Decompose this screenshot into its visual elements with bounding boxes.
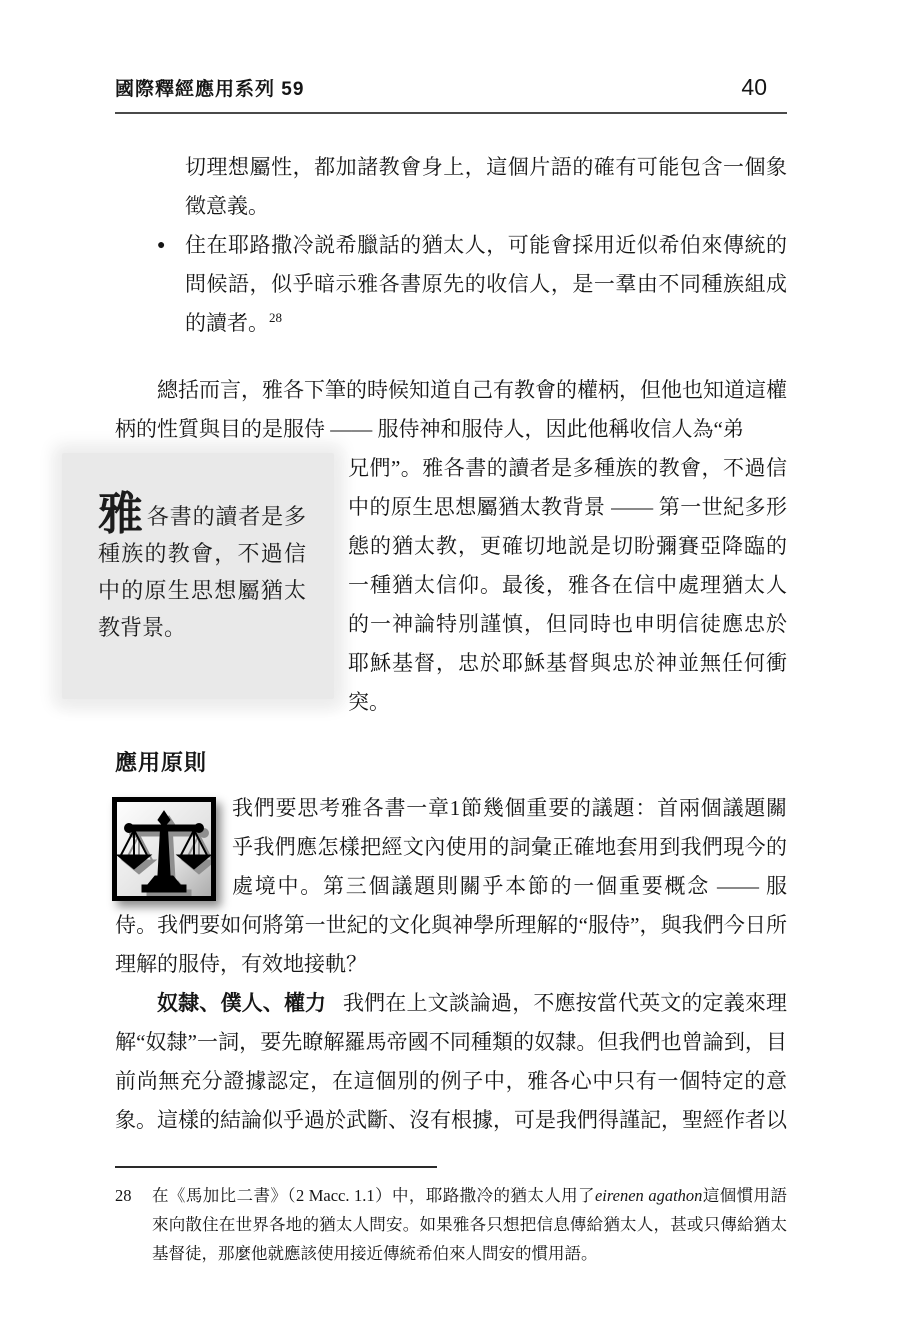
bullet-item: ● 住在耶路撒冷説希臘話的猶太人，可能會採用近似希伯來傳統的問候語，似乎暗示雅各…: [157, 226, 787, 343]
paragraph-continuation: 切理想屬性，都加諸教會身上，這個片語的確有可能包含一個象徵意義。: [185, 148, 787, 226]
summary-paragraph-part1: 總括而言，雅各下筆的時候知道自己有教會的權柄，但他也知道這權柄的性質與目的是服侍…: [115, 371, 787, 449]
footnote-greek-phrase: eirenen agathon: [595, 1186, 703, 1205]
footnote-separator: [115, 1166, 437, 1168]
application-paragraph-wrap: 我們要思考雅各書一章1節幾個重要的議題：首兩個議題關乎我們應怎樣把經文內使用的詞…: [115, 789, 787, 984]
footnote-section: 28 在《馬加比二書》（2 Macc. 1.1）中，耶路撒冷的猶太人用了eire…: [115, 1166, 787, 1268]
bullet-text: 住在耶路撒冷説希臘話的猶太人，可能會採用近似希伯來傳統的問候語，似乎暗示雅各書原…: [185, 226, 787, 343]
book-page: 國際釋經應用系列 59 40 切理想屬性，都加諸教會身上，這個片語的確有可能包含…: [0, 0, 900, 1268]
footnote-reference: 28: [269, 310, 282, 325]
sub-paragraph: 奴隸、僕人、權力我們在上文談論過，不應按當代英文的定義來理解“奴隸”一詞，要先瞭…: [115, 984, 787, 1140]
pull-quote-text: 雅各書的讀者是多種族的教會，不過信中的原生思想屬猶太教背景。: [98, 495, 306, 646]
page-number: 40: [741, 74, 787, 101]
footnote-28: 28 在《馬加比二書》（2 Macc. 1.1）中，耶路撒冷的猶太人用了eire…: [115, 1181, 787, 1268]
footnote-number: 28: [115, 1181, 152, 1268]
page-header: 國際釋經應用系列 59 40: [115, 74, 787, 114]
pull-quote-box: 雅各書的讀者是多種族的教會，不過信中的原生思想屬猶太教背景。: [62, 453, 334, 699]
summary-paragraph-part2-wrap: 雅各書的讀者是多種族的教會，不過信中的原生思想屬猶太教背景。 兄們”。雅各書的讀…: [115, 449, 787, 722]
footnote-text: 在《馬加比二書》（2 Macc. 1.1）中，耶路撒冷的猶太人用了eirenen…: [152, 1181, 787, 1268]
pull-quote-dropcap: 雅: [98, 488, 144, 539]
summary-paragraph-part2: 兄們”。雅各書的讀者是多種族的教會，不過信中的原生思想屬猶太教背景 —— 第一世…: [348, 456, 787, 714]
bullet-icon: ●: [157, 226, 185, 343]
section-heading-application: 應用原則: [115, 722, 787, 777]
sub-paragraph-lead: 奴隸、僕人、權力: [157, 991, 326, 1015]
scales-of-justice-icon: [112, 797, 216, 901]
series-title: 國際釋經應用系列 59: [115, 74, 304, 101]
footnote-text-before: 在《馬加比二書》（2 Macc. 1.1）中，耶路撒冷的猶太人用了: [152, 1186, 595, 1205]
